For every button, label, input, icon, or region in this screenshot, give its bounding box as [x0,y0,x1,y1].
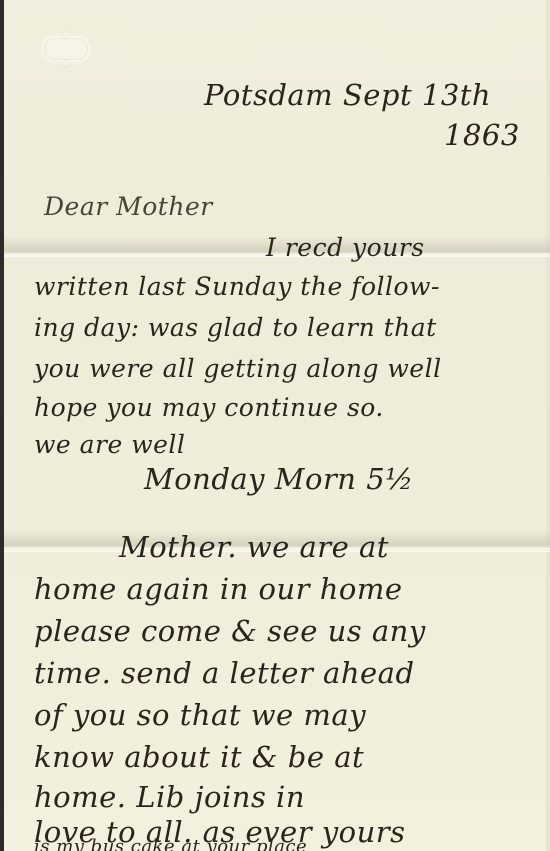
letter-line: please come & see us any [34,614,426,648]
letter-dateline-monday: Monday Morn 5½ [144,462,414,496]
letter-line: home again in our home [34,572,403,606]
letter-page: Potsdam Sept 13th 1863 Dear Mother I rec… [4,0,550,851]
embossed-stationery-mark-icon [44,38,88,60]
letter-line: you were all getting along well [34,354,442,383]
letter-line: hope you may continue so. [34,393,384,422]
letter-year: 1863 [444,118,520,152]
letter-line: Mother. we are at [119,530,389,564]
letter-salutation: Dear Mother [44,192,213,221]
letter-line: time. send a letter ahead [34,656,415,690]
letter-postscript: is my bus cake at your place [34,836,307,851]
letter-line: we are well [34,430,185,459]
letter-line: I recd yours [266,233,425,262]
letter-line: written last Sunday the follow- [34,272,440,301]
letter-line: home. Lib joins in [34,780,305,814]
page-right-edge [546,0,550,851]
letter-line: of you so that we may [34,698,366,732]
letter-line: ing day: was glad to learn that [34,313,437,342]
letter-place-date: Potsdam Sept 13th [204,78,491,112]
letter-line: know about it & be at [34,740,364,774]
